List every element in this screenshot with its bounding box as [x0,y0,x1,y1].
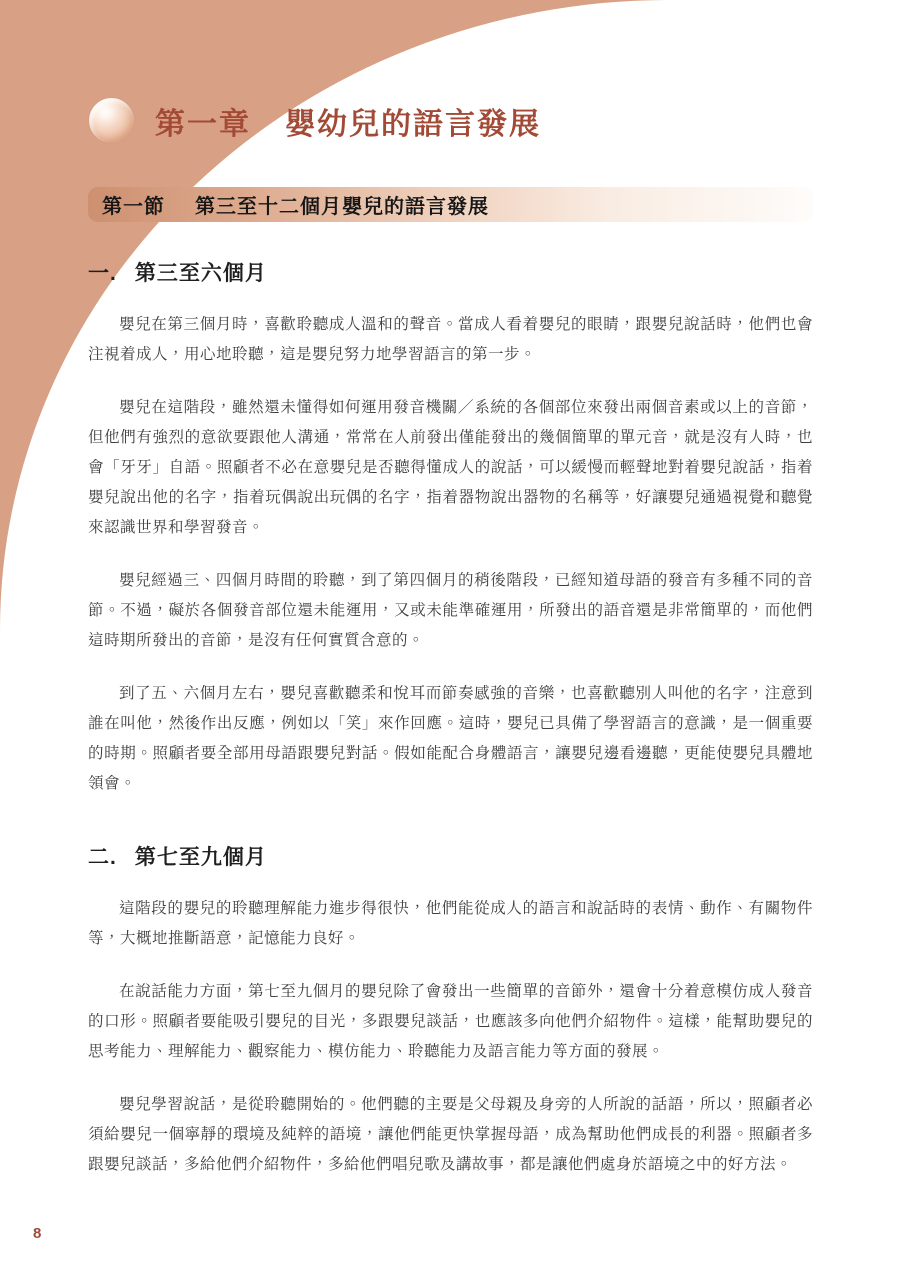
chapter-header: 第一章嬰幼兒的語言發展 [88,0,813,144]
paragraph: 在說話能力方面，第七至九個月的嬰兒除了會發出一些簡單的音節外，還會十分着意模仿成… [88,977,813,1067]
paragraph: 嬰兒在第三個月時，喜歡聆聽成人溫和的聲音。當成人看着嬰兒的眼睛，跟嬰兒說話時，他… [88,310,813,370]
paragraph: 嬰兒在這階段，雖然還未懂得如何運用發音機關／系統的各個部位來發出兩個音素或以上的… [88,393,813,543]
subsection-heading-1: 一.第三至六個月 [88,257,813,287]
subsection-1-label: 一. [88,262,117,285]
subsection-2-label: 二. [88,846,117,869]
chapter-label: 第一章 [155,108,251,141]
paragraph: 嬰兒學習說話，是從聆聽開始的。他們聽的主要是父母親及身旁的人所說的話語，所以，照… [88,1090,813,1180]
subsection-2-title: 第七至九個月 [135,846,267,869]
page-number: 8 [33,1225,41,1242]
paragraph: 這階段的嬰兒的聆聽理解能力進步得很快，他們能從成人的語言和說話時的表情、動作、有… [88,894,813,954]
subsection-heading-2: 二.第七至九個月 [88,841,813,871]
document-page: 第一章嬰幼兒的語言發展 第一節 第三至十二個月嬰兒的語言發展 一.第三至六個月 … [0,0,900,1180]
chapter-title-text: 嬰幼兒的語言發展 [285,108,541,141]
section-title: 第三至十二個月嬰兒的語言發展 [195,190,489,219]
section-header-bar: 第一節 第三至十二個月嬰兒的語言發展 [88,187,813,222]
chapter-title: 第一章嬰幼兒的語言發展 [155,99,541,143]
sphere-icon [88,97,135,144]
section-label: 第一節 [102,190,165,219]
subsection-1-title: 第三至六個月 [135,262,267,285]
paragraph: 嬰兒經過三、四個月時間的聆聽，到了第四個月的稍後階段，已經知道母語的發音有多種不… [88,566,813,656]
paragraph: 到了五、六個月左右，嬰兒喜歡聽柔和悅耳而節奏感強的音樂，也喜歡聽別人叫他的名字，… [88,679,813,799]
